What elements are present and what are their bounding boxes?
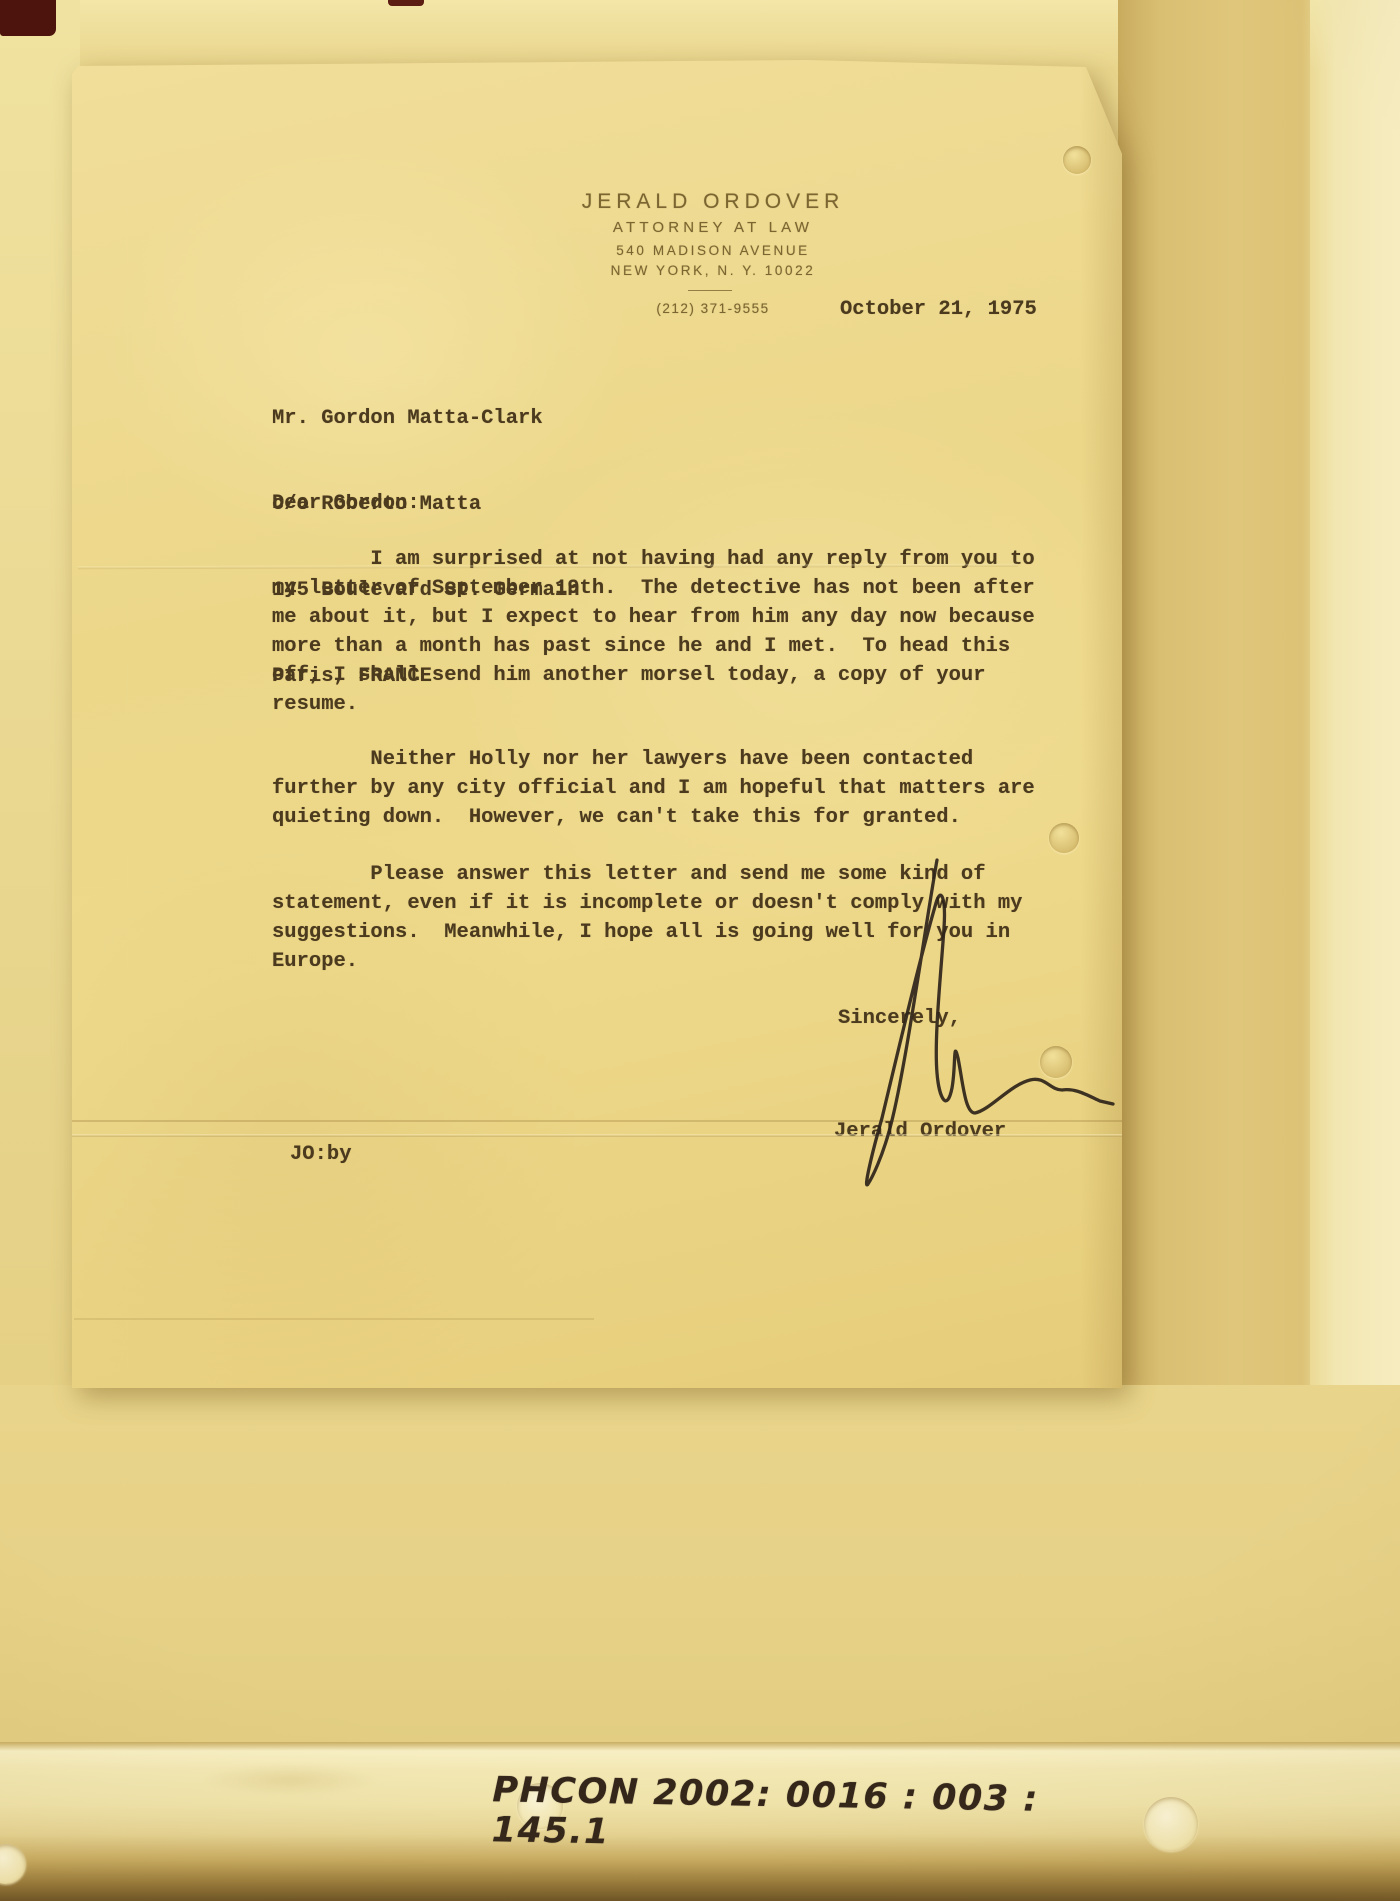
typist-initials: JO:by: [290, 1140, 352, 1169]
body-paragraph-1: I am surprised at not having had any rep…: [272, 545, 1082, 719]
recipient-line: Mr. Gordon Matta-Clark: [272, 404, 580, 432]
letterhead-title: ATTORNEY AT LAW: [563, 219, 863, 236]
dark-corner-mark: [0, 0, 56, 36]
handwritten-signature: [850, 848, 1120, 1198]
embossed-stamp: [165, 1758, 415, 1802]
letter-date: October 21, 1975: [840, 295, 1037, 324]
letterhead-address-line1: 540 MADISON AVENUE: [563, 243, 863, 258]
body-paragraph-2: Neither Holly nor her lawyers have been …: [272, 745, 1082, 832]
letterhead-phone: (212) 371-9555: [563, 301, 863, 316]
archive-number-label: PHCON 2002: 0016 : 003 : 145.1: [491, 1770, 1152, 1862]
dark-edge-mark: [388, 0, 424, 6]
letterhead-address-line2: NEW YORK, N. Y. 10022: [563, 263, 863, 278]
scanned-letter-photo: JERALD ORDOVER ATTORNEY AT LAW 540 MADIS…: [0, 0, 1400, 1901]
salutation: Dear Gordon:: [272, 489, 420, 518]
letterhead-name: JERALD ORDOVER: [563, 190, 863, 214]
letterhead-divider: [688, 290, 732, 291]
punch-hole-top: [1063, 146, 1091, 174]
mat-below-paper: [0, 1385, 1400, 1750]
